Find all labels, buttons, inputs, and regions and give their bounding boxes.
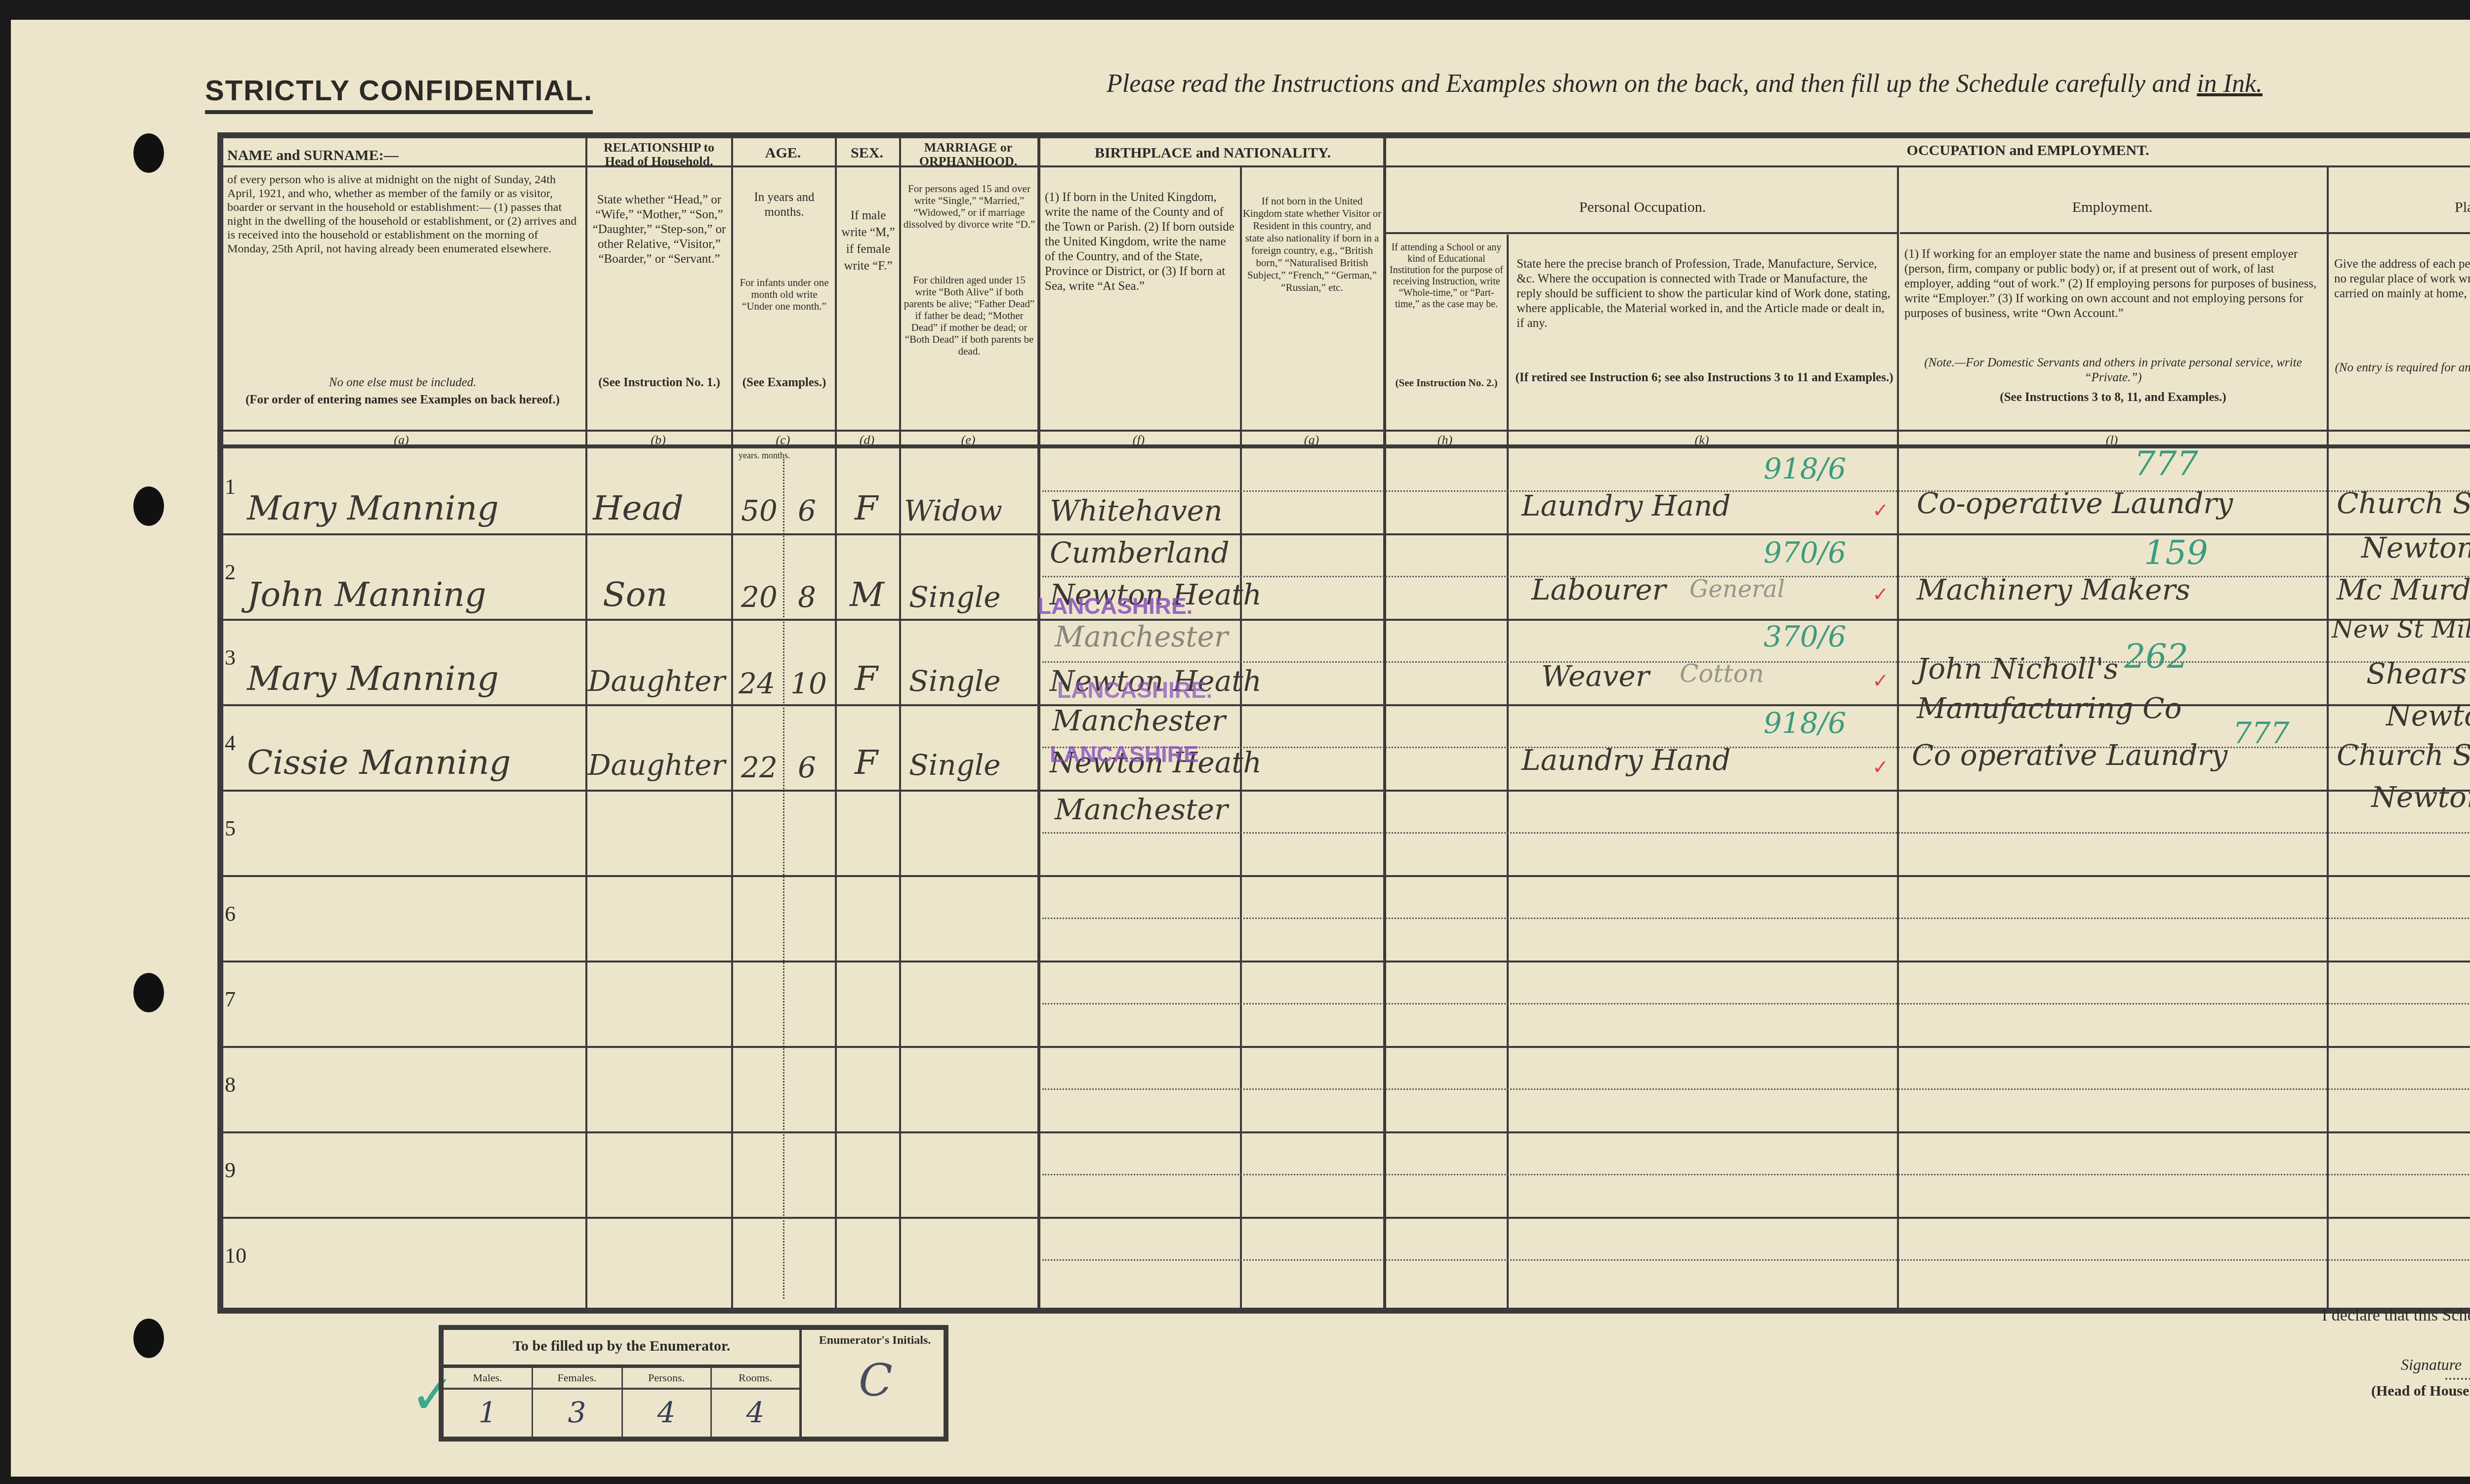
col-divider: [1507, 235, 1509, 1309]
name-note: No one else must be included.: [227, 375, 578, 390]
birthplace-line-2[interactable]: Cumberland: [1050, 536, 1230, 569]
county-stamp: LANCASHIRE.: [1037, 593, 1193, 619]
relationship-instructions: State whether “Head,” or “Wife,” “Mother…: [589, 193, 730, 267]
col-letter-c: (c): [731, 433, 835, 447]
marriage[interactable]: Widow: [904, 494, 1002, 527]
col-letter-g: (g): [1240, 433, 1383, 447]
persons-label: Persons.: [622, 1368, 710, 1390]
birthplace-line-2[interactable]: Manchester: [1055, 620, 1228, 653]
nationality-instructions: If not born in the United Kingdom state …: [1242, 195, 1382, 294]
signature-note: (Head of Household, Manager of Establish…: [2371, 1383, 2470, 1400]
birthplace-line-2[interactable]: Manchester: [1055, 793, 1228, 826]
employer-code: 262: [2124, 637, 2188, 676]
birthplace-instructions: (1) If born in the United Kingdom, write…: [1045, 190, 1237, 294]
col-divider: [1240, 165, 1242, 1309]
col-letter-m: (m): [2327, 433, 2470, 447]
col-letter-e: (e): [899, 433, 1037, 447]
header-rule: [1386, 165, 2470, 167]
employment-note: (Note.—For Domestic Servants and others …: [1904, 356, 2322, 385]
punch-hole: [133, 1319, 164, 1358]
workplace-line-2[interactable]: Newton Heath: [2371, 780, 2470, 814]
col-letter-f: (f): [1037, 433, 1240, 447]
sex-header: SEX.: [837, 146, 897, 160]
half-row-rule: [1042, 1003, 2470, 1004]
enumerator-initials-value[interactable]: C: [859, 1355, 893, 1406]
enumerator-totals-box: To be filled up by the Enumerator. Enume…: [439, 1325, 948, 1442]
education-instructions: If attending a School or any kind of Edu…: [1387, 242, 1506, 310]
row-number: 8: [225, 1072, 236, 1097]
age-months[interactable]: 8: [798, 580, 816, 614]
confidential-title: STRICTLY CONFIDENTIAL.: [205, 74, 593, 114]
males-label: Males.: [444, 1368, 532, 1390]
col-divider: [1897, 165, 1899, 1309]
age-years[interactable]: 24: [739, 667, 775, 700]
totals-box-divider: [799, 1330, 802, 1437]
birthplace-header: BIRTHPLACE and NATIONALITY.: [1042, 146, 1383, 160]
signature-line: [2445, 1378, 2470, 1380]
row-number: 7: [225, 987, 236, 1012]
row-number: 4: [225, 730, 236, 756]
males-cell: Males. 1: [444, 1368, 533, 1437]
row-divider: [223, 961, 2470, 963]
employer-line-1[interactable]: Co operative Laundry: [1912, 738, 2227, 772]
col-divider: [2327, 165, 2329, 1309]
orphanhood-instructions: For children aged under 15 write “Both A…: [903, 274, 1035, 357]
sex[interactable]: F: [855, 659, 878, 698]
occupation-code: 970/6: [1764, 536, 1846, 569]
occupation-code: 918/6: [1764, 706, 1846, 740]
place-of-work-note: (No entry is required for any person who…: [2334, 361, 2470, 375]
row-number: 9: [225, 1158, 236, 1183]
workplace-line-1[interactable]: Church Street: [2337, 486, 2470, 520]
relationship[interactable]: Son: [603, 575, 667, 614]
person-name[interactable]: Mary Manning: [247, 659, 499, 698]
occupation-code: 370/6: [1764, 620, 1846, 653]
row-number: 6: [225, 901, 236, 926]
half-row-rule: [1042, 918, 2470, 919]
personal-occupation-instructions: State here the precise branch of Profess…: [1517, 257, 1892, 331]
declaration-text: I declare that this Schedule is correctl…: [2322, 1306, 2470, 1325]
birthplace-line-1[interactable]: Whitehaven: [1050, 494, 1223, 527]
county-stamp: LANCASHIRE: [1050, 741, 1199, 767]
sex-instructions: If male write “M,” if female write “F.”: [840, 207, 897, 275]
age-years[interactable]: 50: [741, 494, 778, 527]
employer-code: 777: [2233, 716, 2290, 751]
half-row-rule: [1042, 1088, 2470, 1090]
age-months[interactable]: 10: [790, 667, 827, 700]
rooms-value[interactable]: 4: [711, 1390, 799, 1429]
row-number: 2: [225, 560, 236, 585]
row-divider: [223, 533, 2470, 535]
marriage-header: MARRIAGE or ORPHANHOOD.: [902, 141, 1035, 168]
workplace-line-1[interactable]: Church Street: [2337, 738, 2470, 772]
name-header: NAME and SURNAME:—: [227, 148, 573, 163]
row-number: 10: [225, 1243, 247, 1268]
col-letter-a: (a): [217, 433, 585, 447]
place-of-work-instructions: Give the address of each person's place …: [2334, 257, 2470, 301]
col-letter-b: (b): [585, 433, 731, 447]
row-divider: [223, 1217, 2470, 1219]
marriage-instructions: For persons aged 15 and over write “Sing…: [903, 183, 1035, 230]
punch-hole: [133, 486, 164, 526]
name-footer: (For order of entering names see Example…: [227, 393, 578, 407]
sex[interactable]: F: [855, 743, 878, 782]
check-mark-icon: ✓: [1872, 669, 1889, 692]
persons-cell: Persons. 4: [622, 1368, 712, 1437]
rooms-cell: Rooms. 4: [711, 1368, 799, 1437]
occupation-annotation: Cotton: [1680, 659, 1764, 688]
half-row-rule: [1042, 1259, 2470, 1261]
occupation-header: OCCUPATION and EMPLOYMENT.: [1388, 143, 2470, 158]
header-rule: [1040, 165, 1383, 167]
rooms-label: Rooms.: [711, 1368, 799, 1390]
row-number: 1: [225, 474, 236, 499]
education-footer: (See Instruction No. 2.): [1387, 375, 1506, 390]
place-of-work-header: Place of Work.: [2330, 200, 2470, 215]
personal-occupation[interactable]: Laundry Hand: [1522, 489, 1731, 522]
employment-header: Employment.: [1900, 200, 2325, 215]
relationship-footer: (See Instruction No. 1.): [589, 375, 730, 390]
workplace-line-2[interactable]: New St Miles Platting: [2332, 615, 2470, 643]
relationship[interactable]: Daughter: [588, 664, 725, 698]
personal-occupation-footer: (If retired see Instruction 6; see also …: [1512, 370, 1897, 385]
ink-instruction: Please read the Instructions and Example…: [1107, 69, 2263, 98]
occupation-annotation: General: [1689, 575, 1785, 603]
punch-hole: [133, 133, 164, 173]
sex[interactable]: F: [855, 489, 878, 528]
employer-code: 159: [2144, 533, 2208, 572]
row-divider: [223, 875, 2470, 877]
employment-footer: (See Instructions 3 to 8, 11, and Exampl…: [1904, 390, 2322, 405]
age-instructions: In years and months.: [736, 190, 832, 220]
age-infant-note: For infants under one month old write “U…: [736, 277, 832, 312]
age-months[interactable]: 6: [798, 751, 816, 784]
males-value[interactable]: 1: [444, 1390, 532, 1429]
row-number: 5: [225, 816, 236, 841]
workplace-line-1[interactable]: Mc Murdo's: [2337, 573, 2470, 606]
person-name[interactable]: Cissie Manning: [247, 743, 511, 782]
name-instructions: of every person who is alive at midnight…: [227, 173, 578, 256]
females-label: Females.: [533, 1368, 621, 1390]
relationship[interactable]: Head: [593, 489, 684, 528]
age-subheader: years. months.: [739, 450, 790, 461]
header-rule: [1386, 232, 1897, 234]
relationship[interactable]: Daughter: [588, 748, 725, 782]
persons-value[interactable]: 4: [622, 1390, 710, 1429]
col-letter-k: (k): [1507, 433, 1897, 447]
row-divider: [223, 1131, 2470, 1133]
signature-label: Signature: [2401, 1356, 2462, 1374]
employment-instructions: (1) If working for an employer state the…: [1904, 247, 2322, 321]
age-months[interactable]: 6: [798, 494, 816, 527]
females-value[interactable]: 3: [533, 1390, 621, 1429]
check-mark-icon: ✓: [1872, 583, 1889, 606]
person-name[interactable]: Mary Manning: [247, 489, 499, 528]
age-footer: (See Examples.): [736, 375, 832, 390]
half-row-rule: [1042, 1174, 2470, 1175]
header-rule: [1900, 232, 2470, 234]
females-cell: Females. 3: [533, 1368, 623, 1437]
totals-box-title: To be filled up by the Enumerator.: [444, 1330, 799, 1368]
workplace-line-1[interactable]: Shears Street: [2366, 657, 2470, 690]
check-mark-icon: ✓: [1872, 756, 1889, 779]
occupation-code: 918/6: [1764, 452, 1846, 485]
half-row-rule: [1042, 832, 2470, 834]
row-divider: [223, 619, 2470, 621]
workplace-line-2[interactable]: Newton Heath: [2386, 699, 2470, 732]
col-letter-h: (h): [1383, 433, 1507, 447]
personal-occupation-header: Personal Occupation.: [1388, 200, 1897, 215]
ink-instruction-emphasis: in Ink.: [2197, 70, 2263, 98]
personal-occupation[interactable]: Weaver: [1541, 659, 1649, 693]
employer-line-1[interactable]: John Nicholl's: [1917, 652, 2118, 685]
person-name[interactable]: John Manning: [247, 575, 486, 614]
half-row-rule: [1042, 490, 2470, 492]
row-number: 3: [225, 645, 236, 670]
sex[interactable]: M: [850, 575, 884, 614]
marriage[interactable]: Single: [909, 664, 1001, 698]
row-divider: [223, 1046, 2470, 1048]
county-stamp: LANCASHIRE.: [1057, 677, 1212, 703]
ink-instruction-text: Please read the Instructions and Example…: [1107, 70, 2197, 98]
employer-line-2[interactable]: Manufacturing Co: [1917, 691, 2182, 725]
workplace-line-2[interactable]: Newton Heath: [2361, 531, 2470, 564]
age-header: AGE.: [734, 146, 832, 160]
header-rule: [223, 430, 2470, 432]
col-letter-d: (d): [835, 433, 899, 447]
check-mark-icon: ✓: [1872, 499, 1889, 522]
enumerator-initials-label: Enumerator's Initials.: [803, 1334, 947, 1347]
punch-hole: [133, 973, 164, 1012]
age-years-months-divider: [783, 459, 784, 1299]
marriage[interactable]: Single: [909, 748, 1001, 782]
age-years[interactable]: 20: [741, 580, 778, 614]
employer-code: 777: [2134, 444, 2198, 483]
employer-line-1[interactable]: Machinery Makers: [1917, 573, 2190, 606]
marriage[interactable]: Single: [909, 580, 1001, 614]
personal-occupation[interactable]: Labourer: [1531, 573, 1666, 606]
personal-occupation[interactable]: Laundry Hand: [1522, 743, 1731, 777]
birthplace-line-2[interactable]: Manchester: [1052, 704, 1226, 737]
col-letter-l: (l): [1897, 433, 2327, 447]
relationship-header: RELATIONSHIP to Head of Household.: [588, 141, 730, 168]
row-divider: [223, 790, 2470, 792]
employer-line-1[interactable]: Co-operative Laundry: [1917, 486, 2233, 520]
age-years[interactable]: 22: [741, 751, 778, 784]
